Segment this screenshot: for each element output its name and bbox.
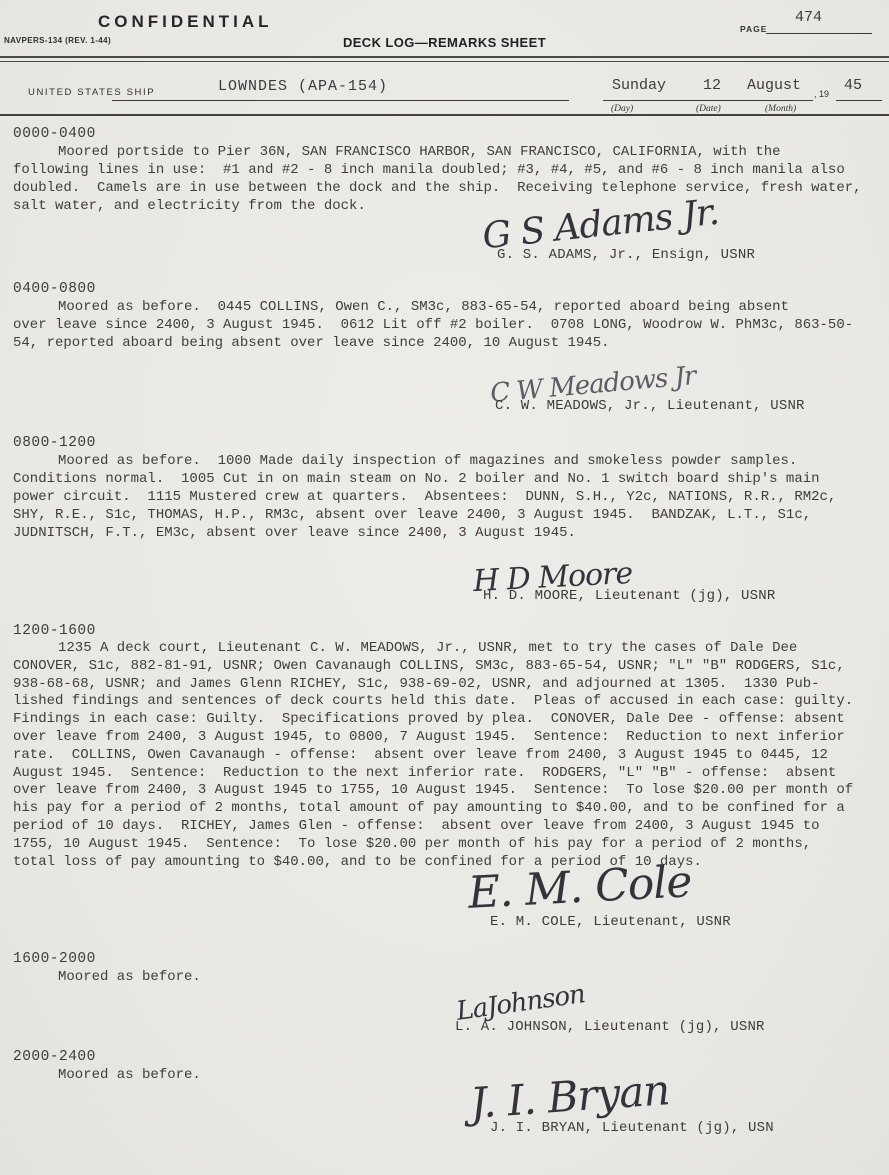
document-title: DECK LOG—REMARKS SHEET — [0, 35, 889, 50]
watch-2000-2400-label: 2000-2400 — [13, 1049, 96, 1065]
date-line — [603, 100, 813, 101]
signature-name-adams: G. S. ADAMS, Jr., Ensign, USNR — [497, 247, 755, 263]
month-caption: (Month) — [765, 104, 796, 114]
watch-0400-0800-label: 0400-0800 — [13, 281, 96, 297]
ship-name: LOWNDES (APA-154) — [218, 78, 388, 95]
signature-name-meadows: C. W. MEADOWS, Jr., Lieutenant, USNR — [495, 398, 805, 414]
signature-name-johnson: L. A. JOHNSON, Lieutenant (jg), USNR — [455, 1019, 765, 1035]
deck-log-remarks-sheet: CONFIDENTIAL PAGE 474 NAVPERS-134 (REV. … — [0, 0, 889, 1175]
watch-0000-0400-label: 0000-0400 — [13, 126, 96, 142]
ship-label: UNITED STATES SHIP — [28, 87, 155, 98]
signature-name-cole: E. M. COLE, Lieutenant, USNR — [490, 914, 731, 930]
page-label: PAGE — [740, 24, 767, 34]
watch-0800-1200-remarks: Moored as before. 1000 Made daily inspec… — [13, 452, 881, 542]
year-prefix: , 19 — [814, 89, 829, 99]
year-value: 45 — [844, 77, 862, 94]
watch-1600-2000-remarks: Moored as before. — [13, 968, 881, 986]
year-line — [836, 100, 882, 101]
signature-script-cole: E. M. Cole — [467, 856, 693, 919]
classification-stamp: CONFIDENTIAL — [98, 12, 273, 32]
watch-0000-0400-remarks: Moored portside to Pier 36N, SAN FRANCIS… — [13, 143, 881, 215]
date-month-value: August — [747, 77, 801, 94]
date-day-value: Sunday — [612, 77, 666, 94]
date-caption: (Date) — [696, 104, 721, 114]
watch-0400-0800-remarks: Moored as before. 0445 COLLINS, Owen C.,… — [13, 298, 881, 352]
page-number: 474 — [795, 9, 822, 26]
watch-0800-1200-label: 0800-1200 — [13, 435, 96, 451]
signature-name-moore: H. D. MOORE, Lieutenant (jg), USNR — [483, 588, 775, 604]
watch-1200-1600-label: 1200-1600 — [13, 623, 96, 639]
watch-2000-2400-remarks: Moored as before. — [13, 1066, 881, 1084]
date-date-value: 12 — [703, 77, 721, 94]
signature-name-bryan: J. I. BRYAN, Lieutenant (jg), USN — [490, 1120, 774, 1136]
watch-1200-1600-remarks: 1235 A deck court, Lieutenant C. W. MEAD… — [13, 640, 881, 871]
page-number-line — [766, 33, 872, 34]
header-main-rule — [0, 114, 889, 116]
watch-1600-2000-label: 1600-2000 — [13, 951, 96, 967]
day-caption: (Day) — [611, 104, 633, 114]
ship-name-line — [112, 100, 569, 101]
header-double-rule — [0, 56, 889, 62]
